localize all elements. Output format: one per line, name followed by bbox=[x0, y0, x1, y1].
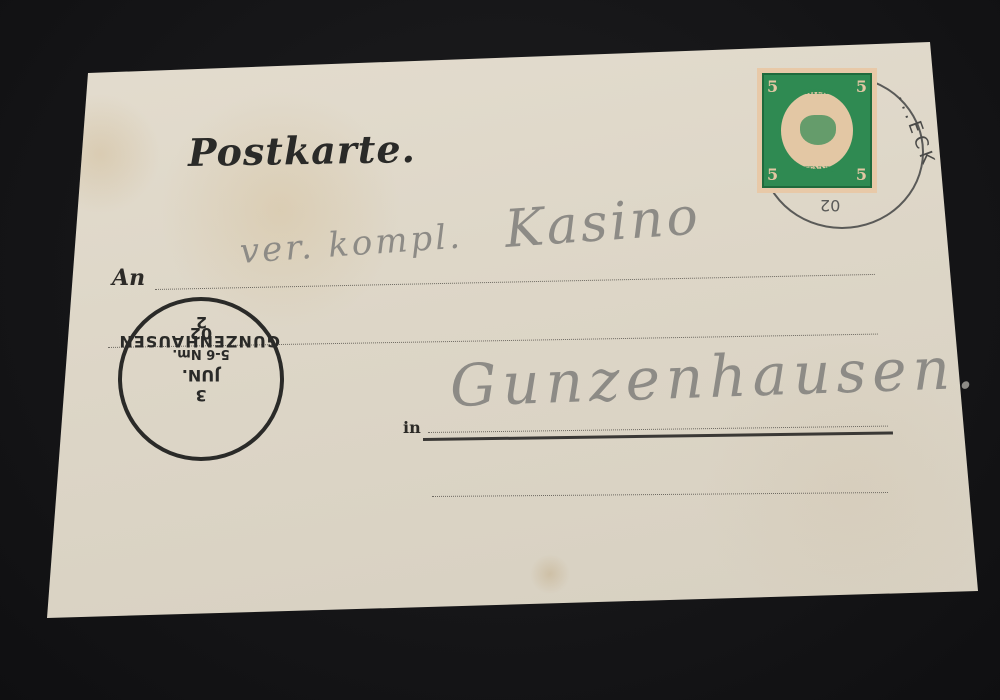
stamp-country: BAYERN bbox=[764, 87, 870, 96]
arrival-postmark: 3 JUN. 5-6 Nm. 02 GUNZENHAUSEN 2 bbox=[118, 297, 284, 461]
postmark-day: 3 bbox=[195, 386, 206, 405]
arrival-postmark-town: GUNZENHAUSEN 2 bbox=[122, 313, 280, 351]
origin-postmark-year: 02 bbox=[820, 196, 840, 215]
stamp-denomination: PFENNIG bbox=[764, 165, 870, 174]
postmark-month: JUN. bbox=[182, 366, 220, 385]
bavarian-crest-icon bbox=[800, 115, 836, 145]
address-label-in: in bbox=[403, 418, 421, 437]
postcard-title: Postkarte. bbox=[188, 126, 417, 175]
postage-stamp: BAYERN PFENNIG 5 5 5 5 bbox=[757, 68, 877, 193]
address-label-to: An bbox=[112, 265, 145, 291]
